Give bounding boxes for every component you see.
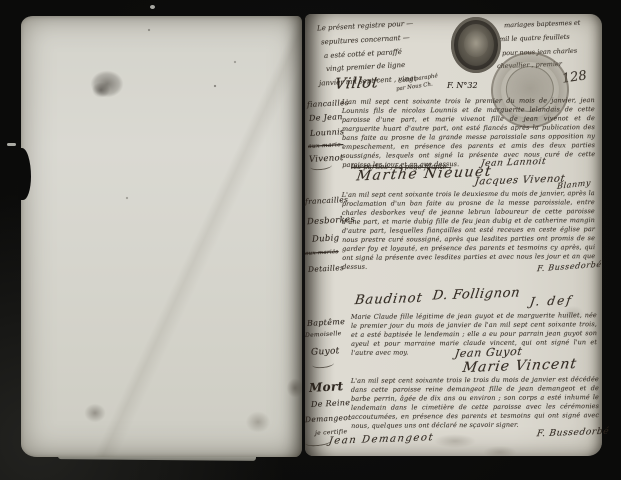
record-fiancailles-2: francailles Desborkes Dubig aux-mariés D… [305,188,602,313]
margin-note: aux-marie- [308,141,344,150]
header-line: vingt premier de ligne [326,61,406,73]
header-line: mariages baptesmes et [504,19,581,30]
margin-note: Demoiselle [305,330,342,339]
margin-note: Detailles [308,263,345,274]
film-mark [7,143,16,146]
margin-note: Mort [309,379,344,395]
margin-note: De Jean [309,112,343,123]
signature: Marie Vincent [462,356,579,376]
royal-armorial-oval-seal-icon [451,17,501,73]
margin-note: Baptême [307,317,346,328]
margin-note: aux-mariés [305,249,339,257]
margin-note: Dubig [312,233,340,244]
header-block: Le présent registre pour — sepultures co… [305,14,602,96]
margin-note: Demangeot [305,413,352,424]
record-body: L'an mil sept cent soixante trois le pre… [342,96,595,170]
margin-note: Guyot [311,346,340,357]
margin-note: Lounnis [310,127,345,138]
signature: Jacques Vivenot [474,173,566,187]
signature: Baudinot [354,291,424,308]
register-scan: Le présent registre pour — sepultures co… [0,0,621,480]
flourish-signature: Villot [334,73,380,93]
signature: Jean Demangeot [328,432,435,447]
film-speck [150,5,155,9]
header-line: sepultures concernant — [321,34,410,47]
signature: Marthe Nieuuet [355,164,493,185]
header-line: a esté cotté et paraffé [324,48,402,60]
signature: J. def [529,293,574,308]
left-blank-page [21,16,302,457]
right-register-page: Le présent registre pour — sepultures co… [305,14,602,456]
record-mort: Mort De Reine Demangeot je certifie L'an… [305,374,602,456]
page-tear-notch [18,148,31,200]
record-body: L'an mil sept cent soixante trois le tro… [351,375,599,431]
header-line: mil le quatre feuillets [499,33,570,43]
margin-note: De Reine [311,398,351,409]
signature: F. Bussedorbé [536,427,610,440]
record-body: L'an mil sept cent soixante trois le deu… [342,189,596,272]
signature: D. Follignon [432,285,522,303]
header-line: Le présent registre pour — [317,19,414,32]
margin-flourish [312,359,335,369]
record-fiancailles-1: fiancailles De Jean Lounnis aux-marie- V… [305,96,602,196]
folio-ref: F. N°32 [447,81,478,90]
